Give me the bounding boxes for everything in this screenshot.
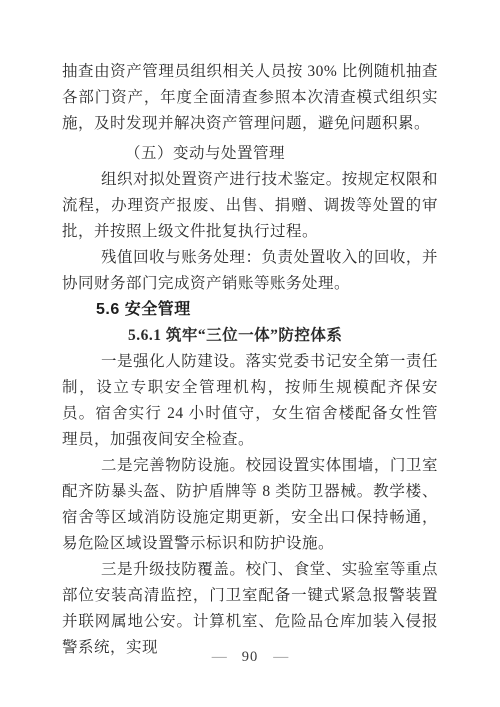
heading-section-5-change-disposal: （五）变动与处置管理 xyxy=(62,141,438,167)
paragraph-asset-spotcheck: 抽查由资产管理员组织相关人员按 30% 比例随机抽查各部门资产，年度全面清查参照… xyxy=(62,59,438,137)
paragraph-residual-value: 残值回收与账务处理：负责处置收入的回收，并协同财务部门完成资产销账等账务处理。 xyxy=(62,245,438,297)
footer-dash-left: — xyxy=(212,647,227,667)
page-footer: — 90 — xyxy=(0,647,500,667)
heading-5-6-safety-management: 5.6 安全管理 xyxy=(62,297,438,323)
footer-dash-right: — xyxy=(273,647,288,667)
paragraph-physical-prevention: 二是完善物防设施。校园设置实体围墙，门卫室配齐防暴头盔、防护盾牌等 8 类防卫器… xyxy=(62,453,438,557)
paragraph-personnel-prevention: 一是强化人防建设。落实党委书记安全第一责任制，设立专职安全管理机构，按师生规模配… xyxy=(62,349,438,453)
page-content: 抽查由资产管理员组织相关人员按 30% 比例随机抽查各部门资产，年度全面清查参照… xyxy=(62,59,438,661)
document-page: 抽查由资产管理员组织相关人员按 30% 比例随机抽查各部门资产，年度全面清查参照… xyxy=(0,0,500,707)
paragraph-technical-prevention: 三是升级技防覆盖。校门、食堂、实验室等重点部位安装高清监控，门卫室配备一键式紧急… xyxy=(62,557,438,661)
page-number: 90 xyxy=(242,647,259,667)
heading-5-6-1-prevention-system: 5.6.1 筑牢“三位一体”防控体系 xyxy=(62,323,438,349)
paragraph-disposal-appraisal: 组织对拟处置资产进行技术鉴定。按规定权限和流程，办理资产报废、出售、捐赠、调拨等… xyxy=(62,167,438,245)
